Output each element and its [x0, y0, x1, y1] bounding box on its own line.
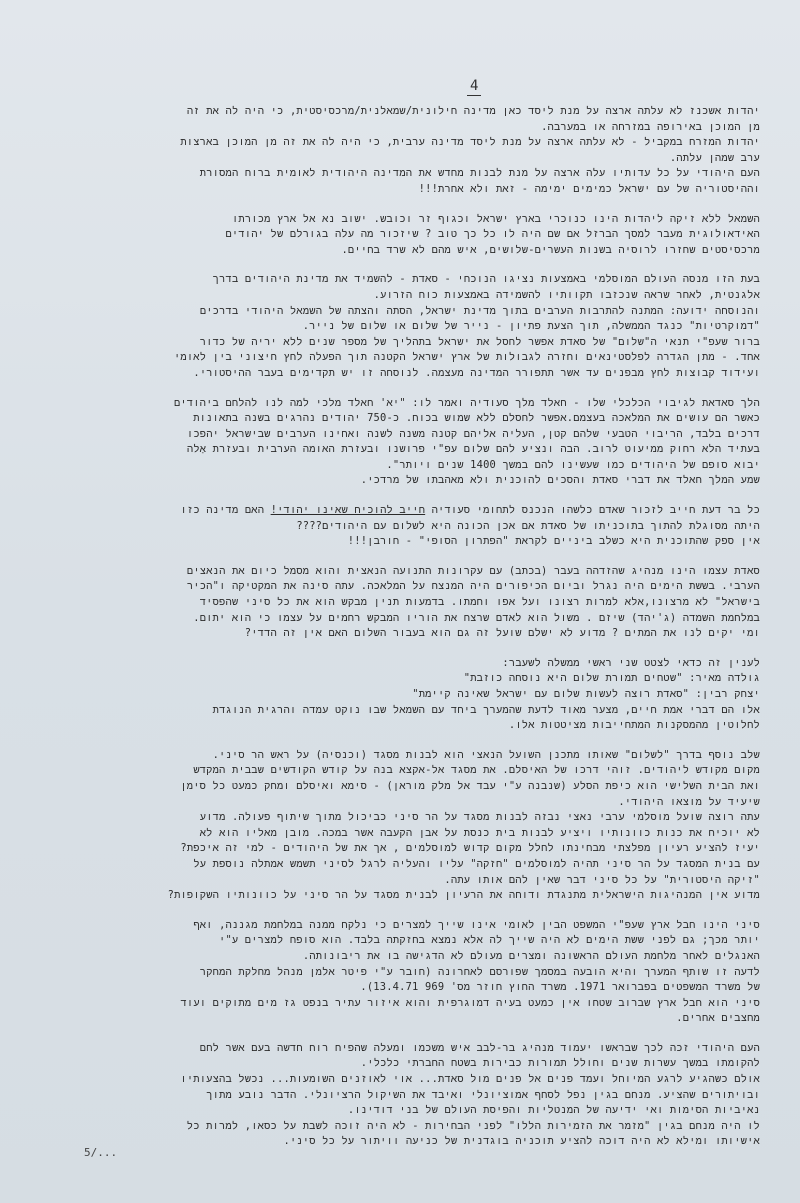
- continuation-mark: 5/...: [84, 1146, 117, 1159]
- text-line: הלך סאדאת לגיבוי הכלכלי שלו - חאלד מלך ס…: [72, 396, 760, 412]
- text-line: העם היהודי על כל עדותיו עלה ארצה על מנת …: [72, 166, 760, 182]
- text-line: שלב נוסף בדרך "לשלום" שאותו מתכנן השועל …: [72, 748, 760, 764]
- text-line: אין ספק שהתוכנית היא כשלב ביניים לקראת "…: [72, 534, 760, 550]
- text-line: בעתיד הלא רחוק ממיעוט לרוב. הבה ונציע לה…: [72, 442, 760, 458]
- text-line: ברור שעפ"י תנאי ה"שלום" של סאדת אפשר לחס…: [72, 335, 760, 351]
- text-line: סאדת עצמו הינו מנהיג שהזדהה בעבר (בכתב) …: [72, 564, 760, 580]
- text-line: אחד. - מתן הגדרה לפלסטינאים וחזרה לגבולו…: [72, 350, 760, 366]
- paragraph: סיני הינו חבל ארץ שעפ"י המשפט הבין לאומי…: [72, 918, 760, 1027]
- paragraph: השמאל ללא זיקה ליהדות הינו כנוכרי בארץ י…: [72, 212, 760, 259]
- document-body: יהדות אשכנז לא עלתה ארצה על מנת ליסד כאן…: [72, 104, 760, 1164]
- text-line: האידאולוגית מעבר למסך הברזל אם שם היה לו…: [72, 227, 760, 243]
- text-line: האנגלים לאחר מלחמת העולם הראשונה ומצרים …: [72, 949, 760, 965]
- text-line: גולדה מאיר: "שטחים תמורת שלום היא נוסחה …: [72, 671, 760, 687]
- text-line: כאשר הם עושים את המלאכה בעצמם.אפשר לחסלם…: [72, 411, 760, 427]
- text-line: של משרד המשפטים בפברואר 1971. משרד החוץ …: [72, 980, 760, 996]
- text-line: הערבי. בששת הימים היה נגרל וביום הכיפורי…: [72, 579, 760, 595]
- text-line: בעת הזו מנסה העולם המוסלמי באמצעות נציגו…: [72, 272, 760, 288]
- paragraph: שלב נוסף בדרך "לשלום" שאותו מתכנן השועל …: [72, 748, 760, 904]
- text-line: היתה מסוגלת להתוך בתוכניתו של סאדת אם אכ…: [72, 519, 760, 535]
- text-line: אולם כשהגיע לרגע המיוחל ועמד פנים אל פני…: [72, 1072, 760, 1088]
- text-line: דרכים בלבד, הריבוי הטבעי שלהם קטן, העליה…: [72, 427, 760, 443]
- paragraph: לענין זה כדאי לצטט שני ראשי ממשלה לשעבר:…: [72, 656, 760, 734]
- text-line: מרכסיסטים שחזרו לרוסיה בשנות העשרים-שלוש…: [72, 243, 760, 259]
- text-line: ומי יקים לנו את המתים ? מדוע לא ישלם שוע…: [72, 626, 760, 642]
- text-line: יהדות המזרח במקביל - לא עלתה ארצה על מנת…: [72, 135, 760, 151]
- text-line: מן המוכן באירופה במזרחה או במערבה.: [72, 120, 760, 136]
- paragraph: הלך סאדאת לגיבוי הכלכלי שלו - חאלד מלך ס…: [72, 396, 760, 490]
- paragraph: יהדות אשכנז לא עלתה ארצה על מנת ליסד כאן…: [72, 104, 760, 198]
- page-number: 4: [467, 78, 481, 96]
- text-line: נאיביות הסימות ואי ידיעה של המנטליות והפ…: [72, 1103, 760, 1119]
- text-line: יותר מכך; גם לפני ששת הימים לא היה שייך …: [72, 933, 760, 949]
- text-line: לא יוכיח את כנות כוונותיו ויציע לבנות בי…: [72, 826, 760, 842]
- text-line: בישראל" לא מרצונו,אלא למרות רצונו ועל אפ…: [72, 595, 760, 611]
- text-line: במלחמת השמדה (ג'יהד) שיזם . משול הוא לאד…: [72, 611, 760, 627]
- text-line: ובויתורים שהציע. מנחם בגין נפל לסחף אמוצ…: [72, 1088, 760, 1104]
- text-line: יבוא סופם של היהודים כמו שעשינו להם במשך…: [72, 458, 760, 474]
- text-line: כל בר דעת חייב לזכור שאדם כלשהו הנכנס לת…: [72, 503, 760, 519]
- document-page: 4 יהדות אשכנז לא עלתה ארצה על מנת ליסד כ…: [0, 0, 800, 1203]
- text-line: שיעיד על מוצאו היהודי.: [72, 795, 760, 811]
- text-line: ועידוד קבוצות לחץ מבפנים עד אשר תתפורר ה…: [72, 366, 760, 382]
- text-line: לחלוטין מהמסקנות המתחייבות מציטטות אלו.: [72, 718, 760, 734]
- text-line: לדעה זו שותף המערך והיא הובעה במסמך שפור…: [72, 965, 760, 981]
- text-line: ואת הבית השלישי הוא כיפת הסלע (שנבנה ע"י…: [72, 779, 760, 795]
- text-line: ערב שמהן עלתה.: [72, 151, 760, 167]
- text-line: יצחק רבין: "סאדת רוצה לעשות שלום עם ישרא…: [72, 687, 760, 703]
- text-line: "זיקה היסטורית" על כל סיני דבר שאין להם …: [72, 873, 760, 889]
- text-line: סיני הוא חבל ארץ שברוב שטחו אין כמעט בעי…: [72, 996, 760, 1012]
- text-line: וההיסטוריה של עם ישראל כמימים ימימה - זא…: [72, 182, 760, 198]
- text-line: אלו הם דברי אמת חיים, מצער מאוד לדעת שהמ…: [72, 703, 760, 719]
- underlined-phrase: חייב להוכיח שאינו יהודי!: [271, 504, 426, 516]
- paragraph: סאדת עצמו הינו מנהיג שהזדהה בעבר (בכתב) …: [72, 564, 760, 642]
- text-line: העם היהודי זכה לכך שבראשו יעמוד מנהיג בר…: [72, 1041, 760, 1057]
- text-line: עם בנית המסגד על הר סיני תהיה למוסלמים "…: [72, 857, 760, 873]
- text-line: עתה רוצה שועל מוסלמי ערבי נאצי נבזה לבנו…: [72, 810, 760, 826]
- text-line: מדוע אין המנהיגות הישראלית מתנגדת ודוחה …: [72, 888, 760, 904]
- text-line: לענין זה כדאי לצטט שני ראשי ממשלה לשעבר:: [72, 656, 760, 672]
- text-line: לו היה מנחם בגין "מזמר את הזמירות הללו" …: [72, 1119, 760, 1135]
- paragraph: כל בר דעת חייב לזכור שאדם כלשהו הנכנס לת…: [72, 503, 760, 550]
- text-line: שמע המלך חאלד את דברי סאדת והסכים להוכני…: [72, 473, 760, 489]
- paragraph: בעת הזו מנסה העולם המוסלמי באמצעות נציגו…: [72, 272, 760, 381]
- text-line: סיני הינו חבל ארץ שעפ"י המשפט הבין לאומי…: [72, 918, 760, 934]
- text-line: מקום מקודש ליהודים. זוהי דרכו של האיסלם.…: [72, 763, 760, 779]
- text-line: אלגנטית, לאחר שראה שנכזבו תקוותיו להשמיד…: [72, 288, 760, 304]
- text-line: השמאל ללא זיקה ליהדות הינו כנוכרי בארץ י…: [72, 212, 760, 228]
- text-line: "דמוקרטיות" כנגד הממשלה, תוך הצעת פתיון …: [72, 319, 760, 335]
- text-line: אישיותו ומילא לא היה דוכה להציע תוכניה ב…: [72, 1134, 760, 1150]
- text-line: יהדות אשכנז לא עלתה ארצה על מנת ליסד כאן…: [72, 104, 760, 120]
- paragraph: העם היהודי זכה לכך שבראשו יעמוד מנהיג בר…: [72, 1041, 760, 1150]
- text-line: מחצבים אחרים.: [72, 1011, 760, 1027]
- text-line: יעיז להציע רעיון מפלצתי מבחינתו לחלל מקו…: [72, 841, 760, 857]
- text-line: והנוסחה ידועה: המתנה להתרבות הערבים בתוך…: [72, 304, 760, 320]
- text-line: להקומתו במשך עשרות שנים וחולל תמורות כבי…: [72, 1056, 760, 1072]
